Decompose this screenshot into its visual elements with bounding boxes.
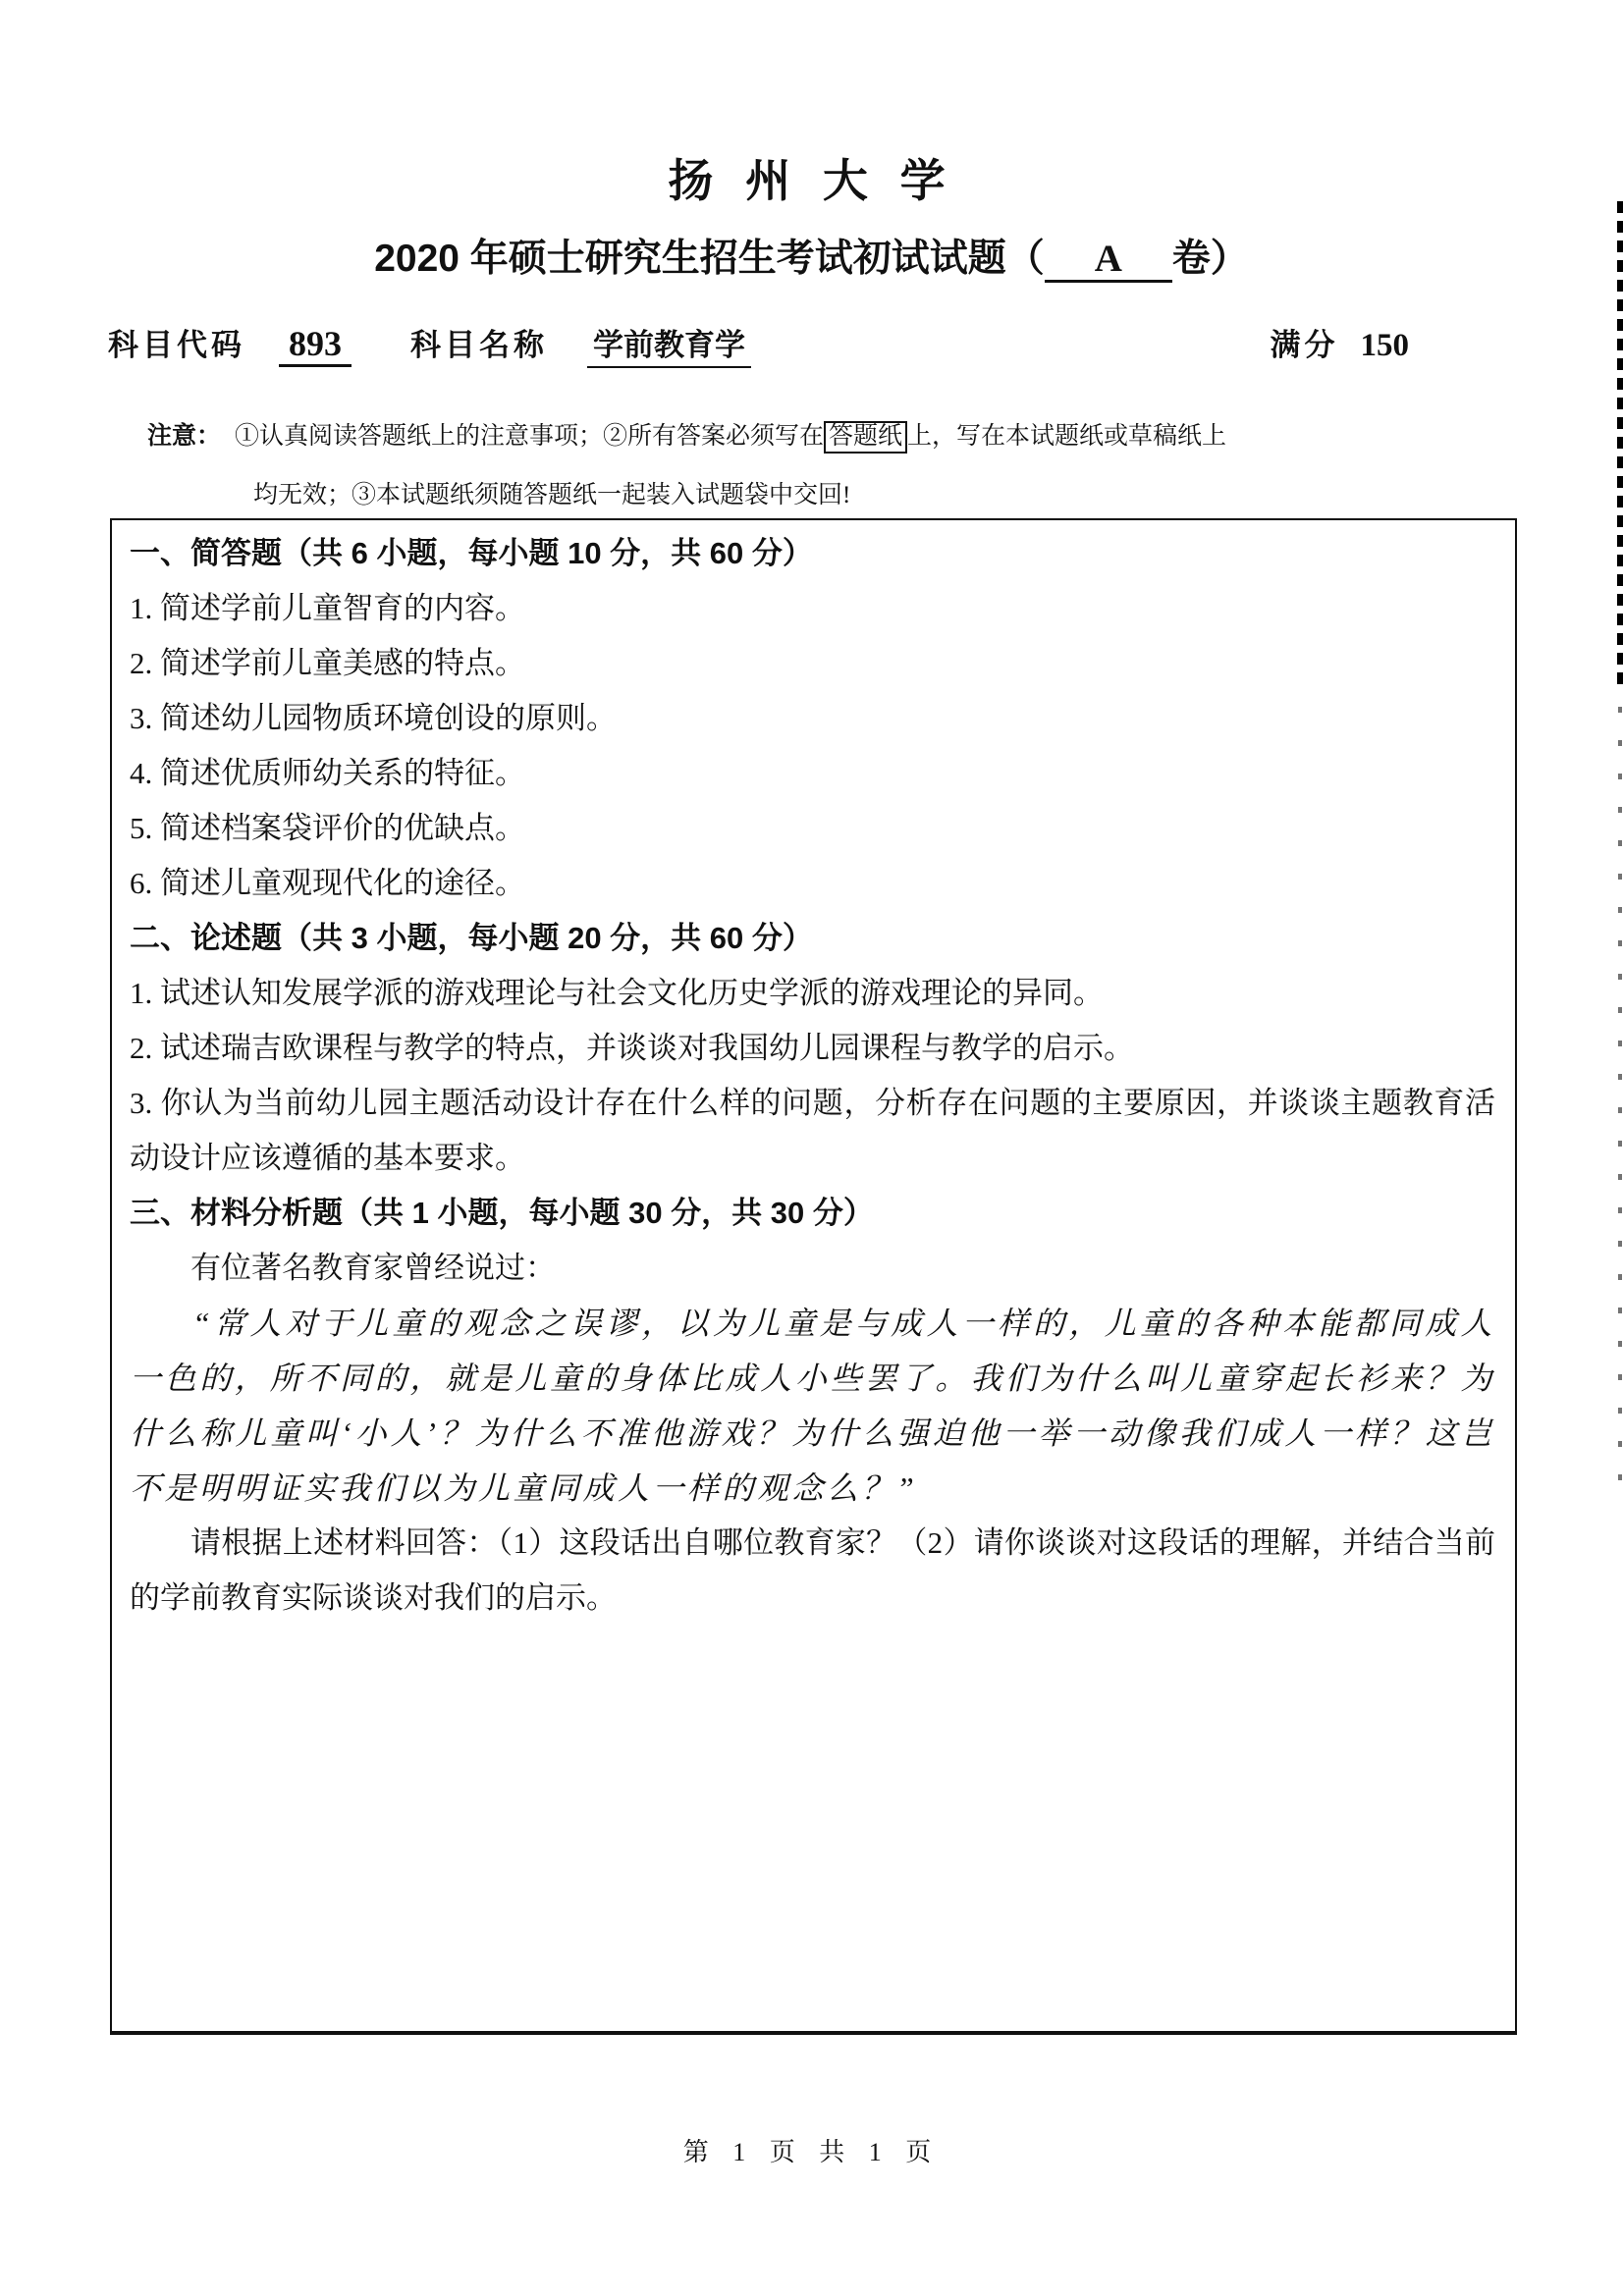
question-item: 2. 试述瑞吉欧课程与教学的特点，并谈谈对我国幼儿园课程与教学的启示。 [130,1021,1495,1076]
notice-text-1: ①认真阅读答题纸上的注意事项；②所有答案必须写在 [235,423,824,450]
scan-artifact-strip [1618,707,1622,1492]
subject-name-label: 科目名称 [410,328,548,362]
exam-title-prefix: 2020 年硕士研究生招生考试初试试题（ [374,238,1045,280]
notice-line-2: 均无效；③本试题纸须随答题纸一起装入试题袋中交回! [253,475,850,510]
full-score-value: 150 [1361,328,1410,363]
question-item: 5. 简述档案袋评价的优缺点。 [130,801,1495,856]
question-item: 1. 简述学前儿童智育的内容。 [130,581,1495,636]
subject-meta-left: 科目代码893科目名称学前教育学 [108,320,751,368]
notice-line-1: 注意：①认真阅读答题纸上的注意事项；②所有答案必须写在答题纸上，写在本试题纸或草… [147,416,1226,454]
question-item: 2. 简述学前儿童美感的特点。 [130,636,1495,691]
exam-paper-page: 扬 州 大 学 2020 年硕士研究生招生考试初试试题（A卷） 科目代码893科… [0,0,1623,2296]
material-question: 请根据上述材料回答：（1）这段话出自哪位教育家？（2）请你谈谈对这段话的理解，并… [130,1516,1495,1626]
university-name: 扬 州 大 学 [0,145,1623,210]
question-item: 4. 简述优质师幼关系的特征。 [130,746,1495,801]
page-footer: 第 1 页 共 1 页 [0,2132,1623,2168]
answer-sheet-boxed-term: 答题纸 [824,421,907,454]
full-score: 满分150 [1271,320,1410,364]
subject-meta-row: 科目代码893科目名称学前教育学 满分150 [108,320,1409,368]
material-quote: “常人对于儿童的观念之误谬，以为儿童是与成人一样的，儿童的各种本能都同成人一色的… [130,1296,1495,1516]
question-box: 一、简答题（共 6 小题，每小题 10 分，共 60 分） 1. 简述学前儿童智… [110,518,1517,2035]
question-item: 3. 你认为当前幼儿园主题活动设计存在什么样的问题，分析存在问题的主要原因，并谈… [130,1076,1495,1186]
subject-name-value: 学前教育学 [587,320,751,368]
scan-artifact-strip [1617,201,1623,692]
question-item: 6. 简述儿童观现代化的途径。 [130,856,1495,911]
material-intro: 有位著名教育家曾经说过： [130,1241,1495,1296]
question-item: 1. 试述认知发展学派的游戏理论与社会文化历史学派的游戏理论的异同。 [130,966,1495,1021]
notice-text-2: 上，写在本试题纸或草稿纸上 [907,423,1226,450]
exam-title-suffix: 卷） [1172,238,1249,280]
section-3-heading: 三、材料分析题（共 1 小题，每小题 30 分，共 30 分） [130,1186,1495,1241]
full-score-label: 满分 [1271,328,1339,362]
section-1-heading: 一、简答题（共 6 小题，每小题 10 分，共 60 分） [130,526,1495,581]
subject-code-label: 科目代码 [108,328,245,362]
paper-variant: A [1045,240,1172,283]
section-2-heading: 二、论述题（共 3 小题，每小题 20 分，共 60 分） [130,911,1495,966]
subject-code-value: 893 [279,323,352,367]
notice-label: 注意： [147,423,221,450]
exam-title: 2020 年硕士研究生招生考试初试试题（A卷） [0,228,1623,283]
question-item: 3. 简述幼儿园物质环境创设的原则。 [130,691,1495,746]
